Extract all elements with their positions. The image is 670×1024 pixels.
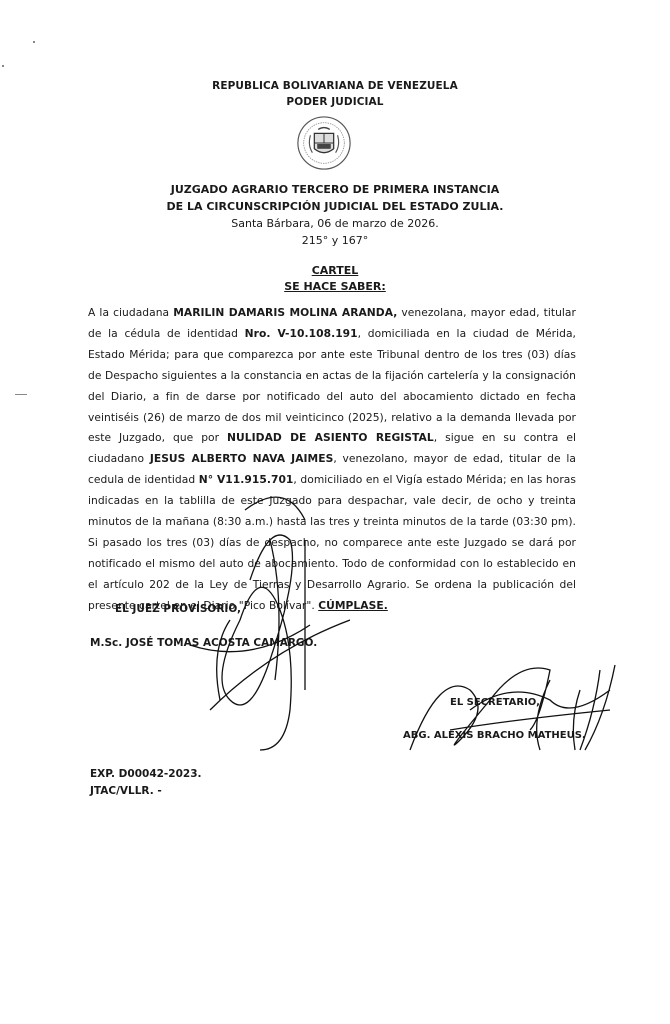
judge-title: EL JUEZ PROVISORIO, (115, 603, 241, 615)
defendant-name: MARILIN DAMARIS MOLINA ARANDA, (173, 306, 397, 319)
years: 215° y 167° (0, 234, 670, 247)
judge-name: M.Sc. JOSÉ TOMAS ACOSTA CAMARGO. (90, 637, 317, 649)
body-text-segment: A la ciudadana (88, 306, 173, 319)
case-type: NULIDAD DE ASIENTO REGISTAL (227, 431, 434, 444)
margin-mark (15, 394, 27, 395)
notice-body: A la ciudadana MARILIN DAMARIS MOLINA AR… (88, 303, 576, 617)
closing-cumplase: CÚMPLASE. (318, 599, 388, 612)
scan-speck (33, 41, 35, 43)
defendant-id: Nro. V-10.108.191 (245, 327, 358, 340)
body-text-segment: , domiciliada en la ciudad de Mérida, Es… (88, 327, 576, 445)
cartel-title: CARTEL (0, 264, 670, 277)
se-hace-saber: SE HACE SABER: (0, 280, 670, 293)
secretary-name: ABG. ALEXIS BRACHO MATHEUS. (403, 730, 586, 741)
place-date: Santa Bárbara, 06 de marzo de 2026. (0, 217, 670, 230)
plaintiff-name: JESUS ALBERTO NAVA JAIMES (150, 452, 334, 465)
coat-of-arms-seal-icon (295, 114, 353, 172)
initials: JTAC/VLLR. - (90, 785, 162, 797)
secretary-title: EL SECRETARIO, (450, 697, 540, 708)
republic-heading: REPUBLICA BOLIVARIANA DE VENEZUELA (0, 80, 670, 92)
scan-speck (2, 65, 4, 67)
plaintiff-id: N° V11.915.701 (199, 473, 294, 486)
expediente-number: EXP. D00042-2023. (90, 768, 202, 780)
body-text-segment: , domiciliado en el Vigía estado Mérida;… (88, 473, 576, 611)
court-name-line1: JUZGADO AGRARIO TERCERO DE PRIMERA INSTA… (0, 183, 670, 196)
judicial-power-heading: PODER JUDICIAL (0, 96, 670, 108)
court-name-line2: DE LA CIRCUNSCRIPCIÓN JUDICIAL DEL ESTAD… (0, 200, 670, 213)
document-page: REPUBLICA BOLIVARIANA DE VENEZUELA PODER… (0, 0, 670, 1024)
